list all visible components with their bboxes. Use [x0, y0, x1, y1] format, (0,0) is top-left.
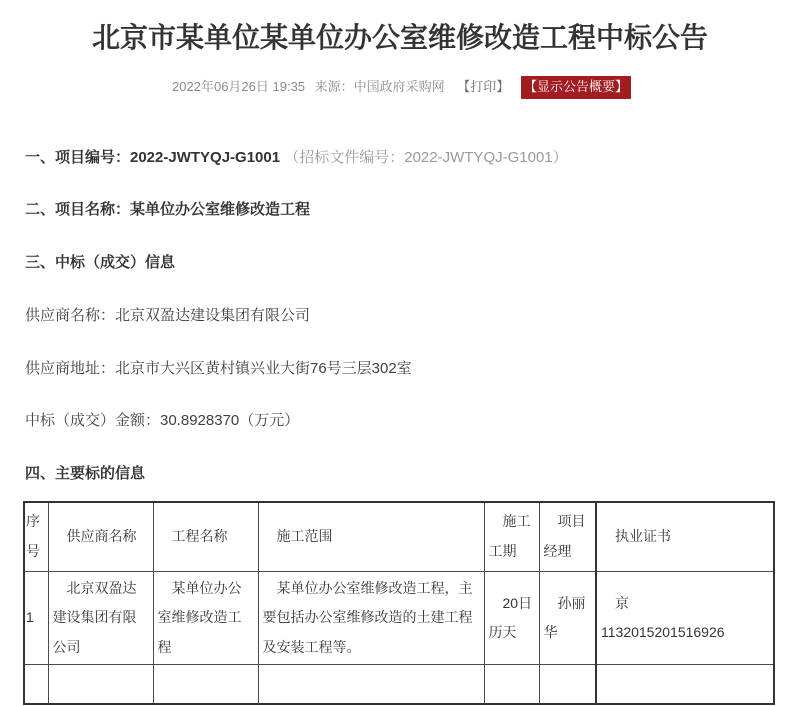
announcement-body: 一、项目编号：2022-JWTYQJ-G1001 （招标文件编号：2022-JW…	[25, 147, 775, 705]
col-header-construction-period: 施工工期	[484, 502, 539, 572]
section-project-number: 一、项目编号：2022-JWTYQJ-G1001 （招标文件编号：2022-JW…	[25, 147, 775, 169]
print-button[interactable]: 【打印】	[457, 79, 509, 94]
section-project-name: 二、项目名称：某单位办公室维修改造工程	[25, 199, 775, 221]
section-main-subject-heading: 四、主要标的信息	[25, 463, 775, 485]
col-header-construction-scope: 施工范围	[258, 502, 484, 572]
cell-empty	[48, 665, 153, 705]
main-subject-table: 序号 供应商名称 工程名称 施工范围 施工工期 项目经理 执业证书 1 北京双盈…	[23, 501, 775, 705]
cell-empty	[596, 665, 774, 705]
table-row: 1 北京双盈达建设集团有限公司 某单位办公室维修改造工程 某单位办公室维修改造工…	[24, 571, 774, 664]
supplier-name-line: 供应商名称：北京双盈达建设集团有限公司	[25, 305, 775, 327]
source-label: 来源：中国政府采购网	[315, 79, 445, 94]
cell-supplier-name: 北京双盈达建设集团有限公司	[48, 571, 153, 664]
section-award-info-heading: 三、中标（成交）信息	[25, 252, 775, 274]
page-title: 北京市某单位某单位办公室维修改造工程中标公告	[40, 20, 760, 56]
cell-empty	[258, 665, 484, 705]
col-header-project-name: 工程名称	[153, 502, 258, 572]
col-header-project-manager: 项目经理	[539, 502, 596, 572]
award-amount-line: 中标（成交）金额：30.8928370（万元）	[25, 410, 775, 432]
cell-empty	[153, 665, 258, 705]
table-header-row: 序号 供应商名称 工程名称 施工范围 施工工期 项目经理 执业证书	[24, 502, 774, 572]
cell-construction-period: 20日历天	[484, 571, 539, 664]
cell-seq: 1	[24, 571, 48, 664]
project-number-text: 一、项目编号：2022-JWTYQJ-G1001	[25, 149, 280, 166]
announcement-page: 北京市某单位某单位办公室维修改造工程中标公告 2022年06月26日 19:35…	[0, 0, 800, 706]
cell-empty	[484, 665, 539, 705]
col-header-seq: 序号	[24, 502, 48, 572]
cell-practice-certificate: 京 1132015201516926	[596, 571, 774, 664]
col-header-supplier-name: 供应商名称	[48, 502, 153, 572]
show-summary-badge-button[interactable]: 【显示公告概要】	[521, 76, 631, 98]
table-row-empty	[24, 665, 774, 705]
bid-doc-number-note: （招标文件编号：2022-JWTYQJ-G1001）	[284, 149, 567, 166]
cell-project-manager: 孙丽华	[539, 571, 596, 664]
supplier-address-line: 供应商地址：北京市大兴区黄村镇兴业大街76号三层302室	[25, 358, 775, 380]
cell-empty	[24, 665, 48, 705]
publish-datetime: 2022年06月26日 19:35	[172, 79, 305, 94]
meta-bar: 2022年06月26日 19:35 来源：中国政府采购网 【打印】 【显示公告概…	[0, 76, 800, 98]
col-header-practice-certificate: 执业证书	[596, 502, 774, 572]
cell-empty	[539, 665, 596, 705]
cell-construction-scope: 某单位办公室维修改造工程，主要包括办公室维修改造的土建工程及安装工程等。	[258, 571, 484, 664]
cell-project-name: 某单位办公室维修改造工程	[153, 571, 258, 664]
